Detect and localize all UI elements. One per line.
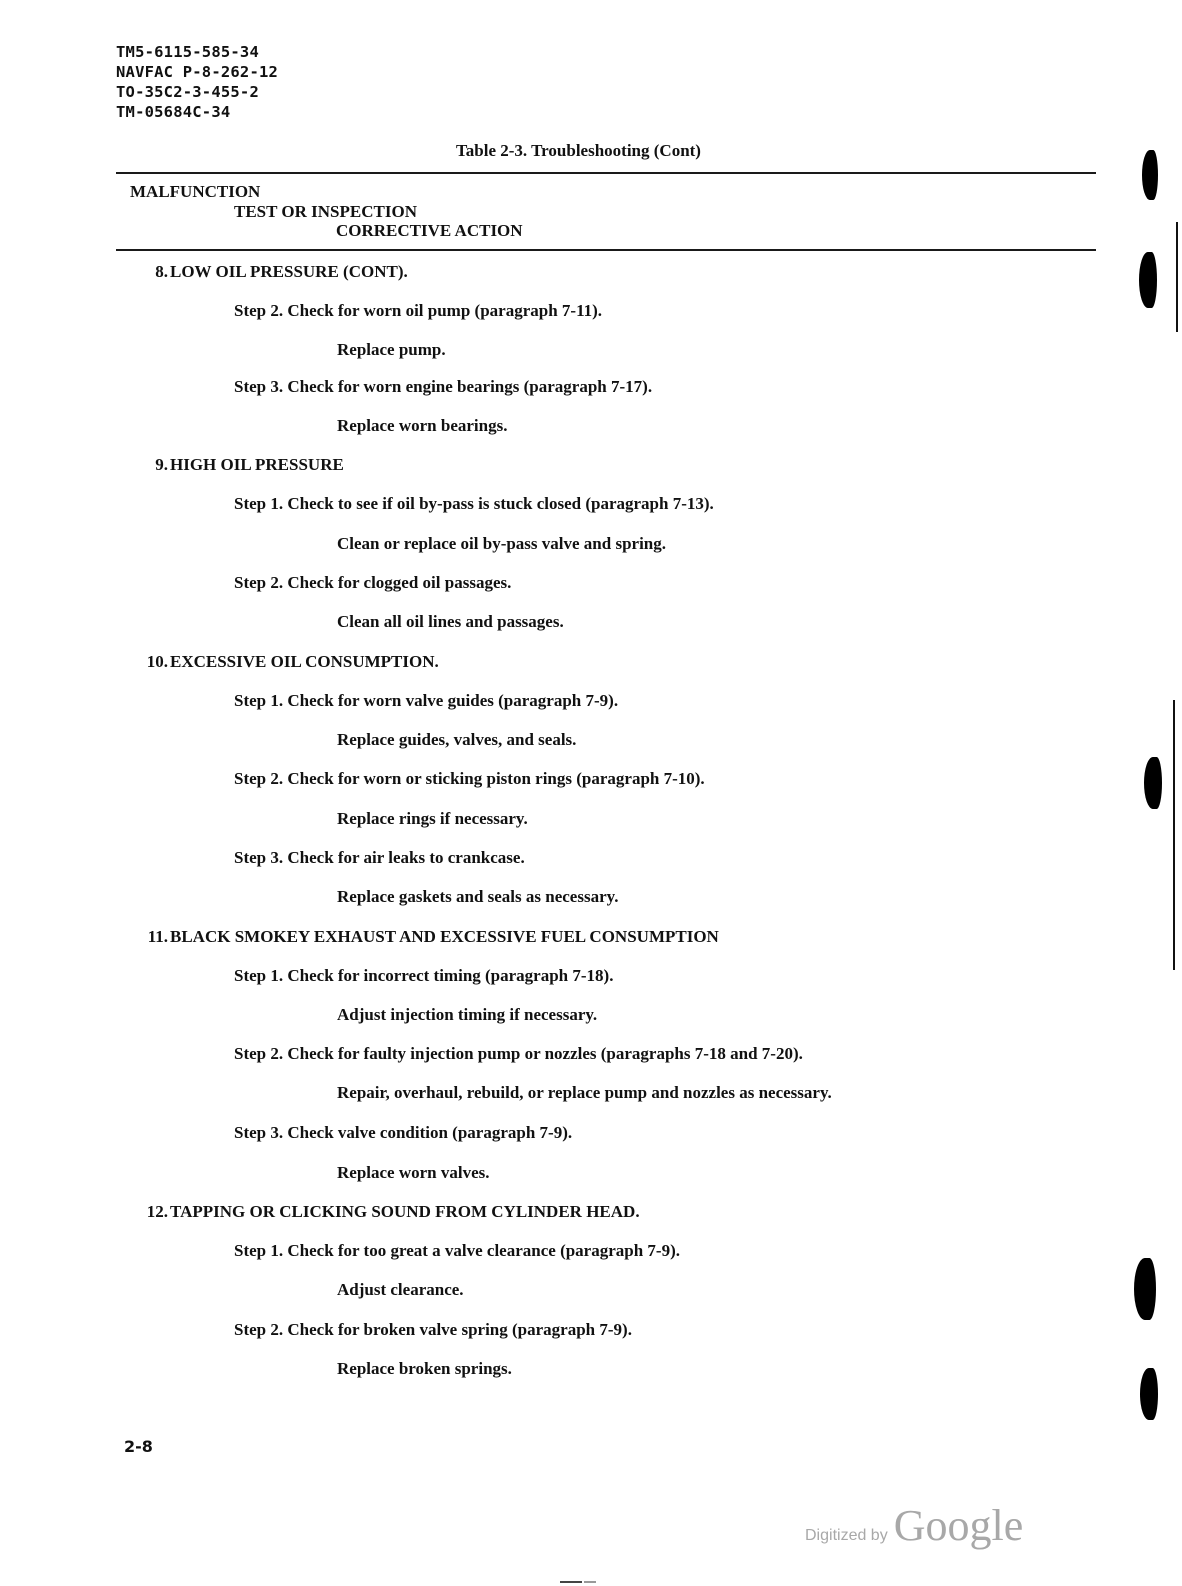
inspection-step: Step 3. Check valve condition (paragraph… (234, 1123, 572, 1143)
malfunction-heading: 12.TAPPING OR CLICKING SOUND FROM CYLIND… (130, 1202, 640, 1222)
inspection-step: Step 3. Check for air leaks to crankcase… (234, 848, 525, 868)
binding-hole-mark (1144, 757, 1162, 809)
inspection-step: Step 1. Check for incorrect timing (para… (234, 966, 613, 986)
malfunction-heading: 8.LOW OIL PRESSURE (CONT). (130, 262, 408, 282)
doc-id-to: TO-35C2-3-455-2 (116, 82, 278, 102)
malfunction-number: 11. (130, 927, 168, 947)
watermark-google: Google (894, 1501, 1024, 1550)
scan-artifact (560, 1581, 582, 1583)
inspection-step: Step 2. Check for worn oil pump (paragra… (234, 301, 602, 321)
binding-hole-mark (1142, 150, 1158, 200)
corrective-action: Clean all oil lines and passages. (337, 612, 564, 632)
malfunction-number: 10. (130, 652, 168, 672)
malfunction-title: HIGH OIL PRESSURE (170, 455, 344, 474)
column-header-action: CORRECTIVE ACTION (336, 221, 523, 241)
inspection-step: Step 2. Check for broken valve spring (p… (234, 1320, 632, 1340)
table-header-rule (116, 249, 1096, 251)
malfunction-heading: 9.HIGH OIL PRESSURE (130, 455, 344, 475)
corrective-action: Replace worn bearings. (337, 416, 507, 436)
column-header-malfunction: MALFUNCTION (130, 182, 260, 202)
corrective-action: Adjust clearance. (337, 1280, 464, 1300)
corrective-action: Clean or replace oil by-pass valve and s… (337, 534, 666, 554)
malfunction-number: 9. (130, 455, 168, 475)
corrective-action: Replace rings if necessary. (337, 809, 528, 829)
doc-id-navfac: NAVFAC P-8-262-12 (116, 62, 278, 82)
page-number: 2-8 (124, 1437, 153, 1456)
binding-hole-mark (1134, 1258, 1156, 1320)
doc-id-tm-marine: TM-05684C-34 (116, 102, 278, 122)
inspection-step: Step 2. Check for worn or sticking pisto… (234, 769, 705, 789)
watermark-digitized-by: Digitized by (805, 1527, 888, 1544)
corrective-action: Repair, overhaul, rebuild, or replace pu… (337, 1083, 832, 1103)
malfunction-title: BLACK SMOKEY EXHAUST AND EXCESSIVE FUEL … (170, 927, 719, 946)
table-top-rule (116, 172, 1096, 174)
malfunction-heading: 10.EXCESSIVE OIL CONSUMPTION. (130, 652, 439, 672)
document-identifiers: TM5-6115-585-34 NAVFAC P-8-262-12 TO-35C… (116, 42, 278, 122)
corrective-action: Replace gaskets and seals as necessary. (337, 887, 618, 907)
column-header-test: TEST OR INSPECTION (234, 202, 417, 222)
binding-hole-mark (1139, 252, 1157, 308)
google-watermark: Digitized by Google (805, 1500, 1023, 1551)
inspection-step: Step 2. Check for clogged oil passages. (234, 573, 511, 593)
inspection-step: Step 1. Check for too great a valve clea… (234, 1241, 680, 1261)
doc-id-tm: TM5-6115-585-34 (116, 42, 278, 62)
malfunction-title: TAPPING OR CLICKING SOUND FROM CYLINDER … (170, 1202, 640, 1221)
corrective-action: Replace worn valves. (337, 1163, 490, 1183)
inspection-step: Step 2. Check for faulty injection pump … (234, 1044, 803, 1064)
corrective-action: Replace broken springs. (337, 1359, 512, 1379)
corrective-action: Replace guides, valves, and seals. (337, 730, 576, 750)
table-title: Table 2-3. Troubleshooting (Cont) (456, 141, 701, 161)
malfunction-heading: 11.BLACK SMOKEY EXHAUST AND EXCESSIVE FU… (130, 927, 719, 947)
inspection-step: Step 1. Check to see if oil by-pass is s… (234, 494, 714, 514)
inspection-step: Step 1. Check for worn valve guides (par… (234, 691, 618, 711)
malfunction-number: 12. (130, 1202, 168, 1222)
malfunction-title: EXCESSIVE OIL CONSUMPTION. (170, 652, 439, 671)
malfunction-title: LOW OIL PRESSURE (CONT). (170, 262, 408, 281)
scan-artifact (584, 1581, 596, 1583)
page-edge-line (1176, 222, 1178, 332)
binding-hole-mark (1140, 1368, 1158, 1420)
inspection-step: Step 3. Check for worn engine bearings (… (234, 377, 652, 397)
corrective-action: Replace pump. (337, 340, 446, 360)
page-edge-line (1173, 700, 1175, 970)
malfunction-number: 8. (130, 262, 168, 282)
corrective-action: Adjust injection timing if necessary. (337, 1005, 597, 1025)
